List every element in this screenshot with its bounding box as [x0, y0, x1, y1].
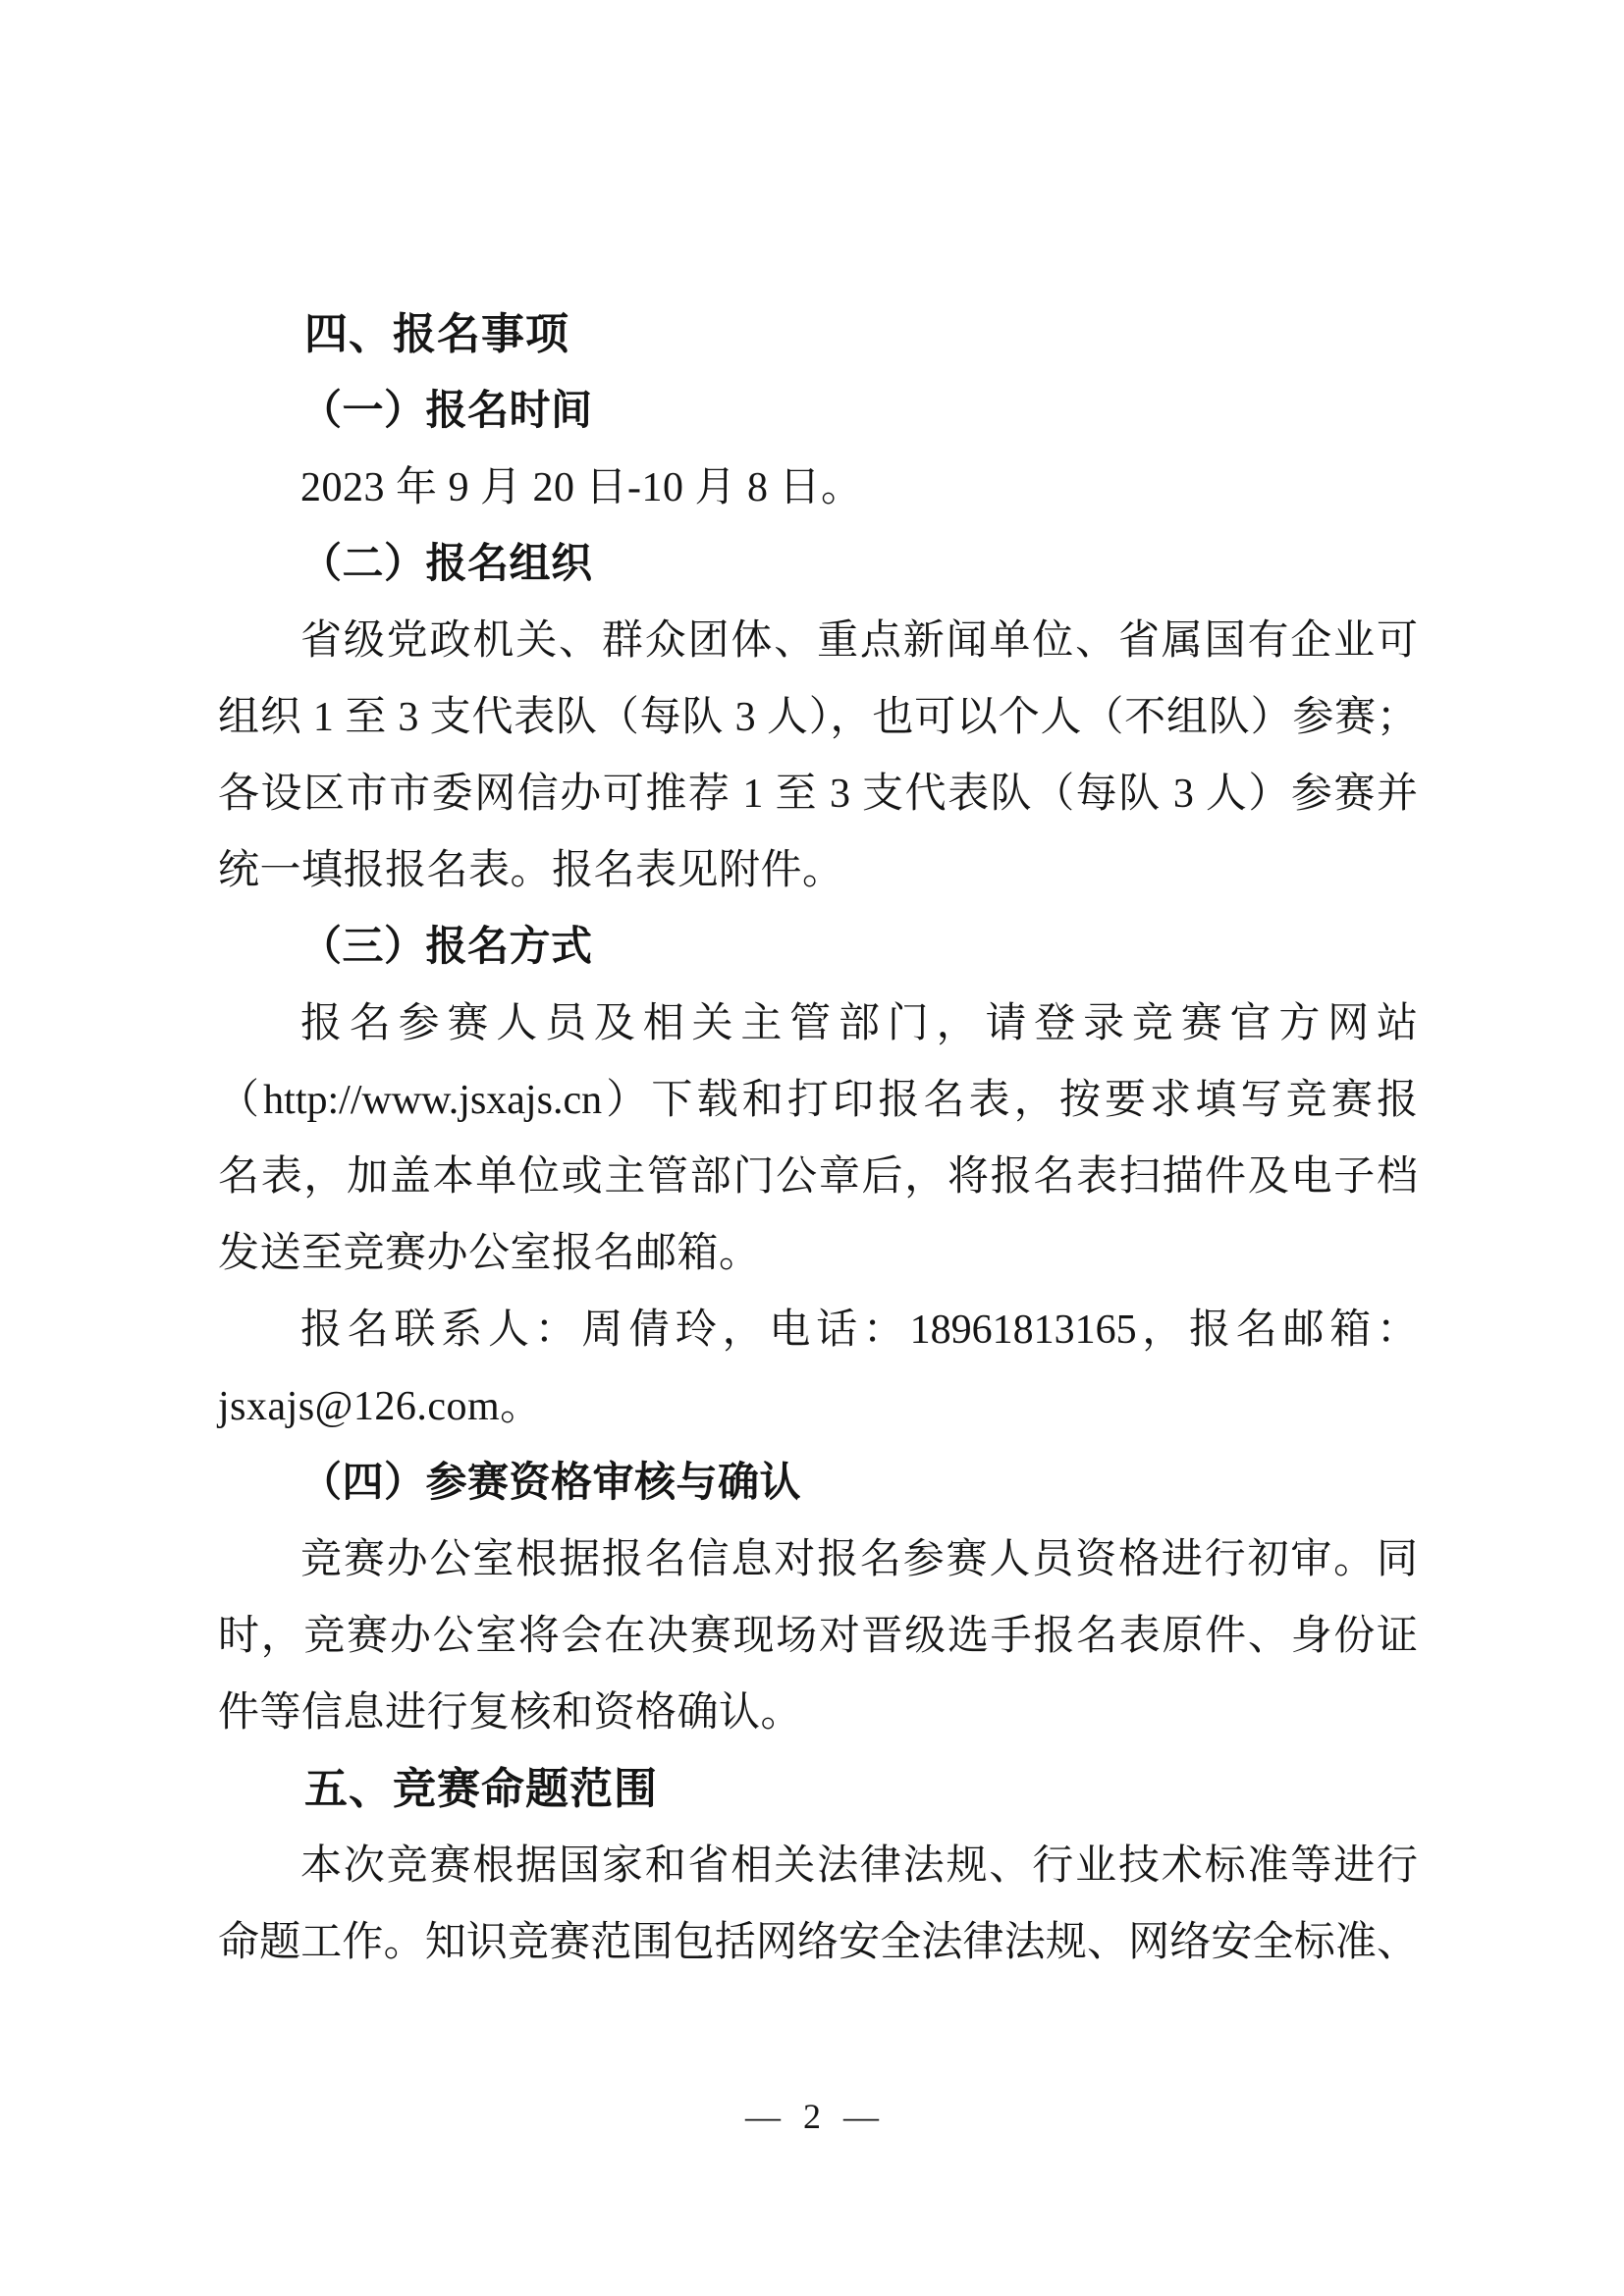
doc-line: 竞赛办公室根据报名信息对报名参赛人员资格进行初审。同 — [218, 1522, 1418, 1598]
sub-3-heading-registration-method: （三）报名方式 — [218, 909, 1418, 986]
doc-line: 发送至竞赛办公室报名邮箱。 — [218, 1215, 1418, 1292]
doc-line: 报名参赛人员及相关主管部门，请登录竞赛官方网站 — [218, 986, 1418, 1062]
page-content: 四、报名事项 （一）报名时间 2023 年 9 月 20 日-10 月 8 日。… — [218, 296, 1418, 1981]
page-number: — 2 — — [0, 2095, 1624, 2138]
doc-line: 件等信息进行复核和资格确认。 — [218, 1675, 1418, 1751]
doc-line: 统一填报报名表。报名表见附件。 — [218, 832, 1418, 909]
section-5-heading: 五、竞赛命题范围 — [218, 1751, 1418, 1828]
sub-2-heading-registration-organization: （二）报名组织 — [218, 526, 1418, 603]
doc-line-contact-info: 报名联系人：周倩玲，电话：18961813165，报名邮箱： — [218, 1292, 1418, 1368]
doc-line: 各设区市市委网信办可推荐 1 至 3 支代表队（每队 3 人）参赛并 — [218, 756, 1418, 832]
sub-4-heading-qualification-review: （四）参赛资格审核与确认 — [218, 1445, 1418, 1522]
section-4-heading: 四、报名事项 — [218, 296, 1418, 373]
doc-line-website-url: （http://www.jsxajs.cn）下载和打印报名表，按要求填写竞赛报 — [218, 1062, 1418, 1139]
doc-line-contact-email: jsxajs@126.com。 — [218, 1368, 1418, 1445]
doc-line: 省级党政机关、群众团体、重点新闻单位、省属国有企业可 — [218, 603, 1418, 679]
doc-line: 本次竞赛根据国家和省相关法律法规、行业技术标准等进行 — [218, 1828, 1418, 1904]
doc-line: 命题工作。知识竞赛范围包括网络安全法律法规、网络安全标准、 — [218, 1904, 1418, 1981]
doc-line: 组织 1 至 3 支代表队（每队 3 人），也可以个人（不组队）参赛； — [218, 679, 1418, 756]
registration-period-line: 2023 年 9 月 20 日-10 月 8 日。 — [218, 450, 1418, 526]
sub-1-heading-registration-time: （一）报名时间 — [218, 373, 1418, 450]
doc-line: 名表，加盖本单位或主管部门公章后，将报名表扫描件及电子档 — [218, 1139, 1418, 1215]
doc-line: 时，竞赛办公室将会在决赛现场对晋级选手报名表原件、身份证 — [218, 1598, 1418, 1675]
document-page: 四、报名事项 （一）报名时间 2023 年 9 月 20 日-10 月 8 日。… — [0, 0, 1624, 2296]
